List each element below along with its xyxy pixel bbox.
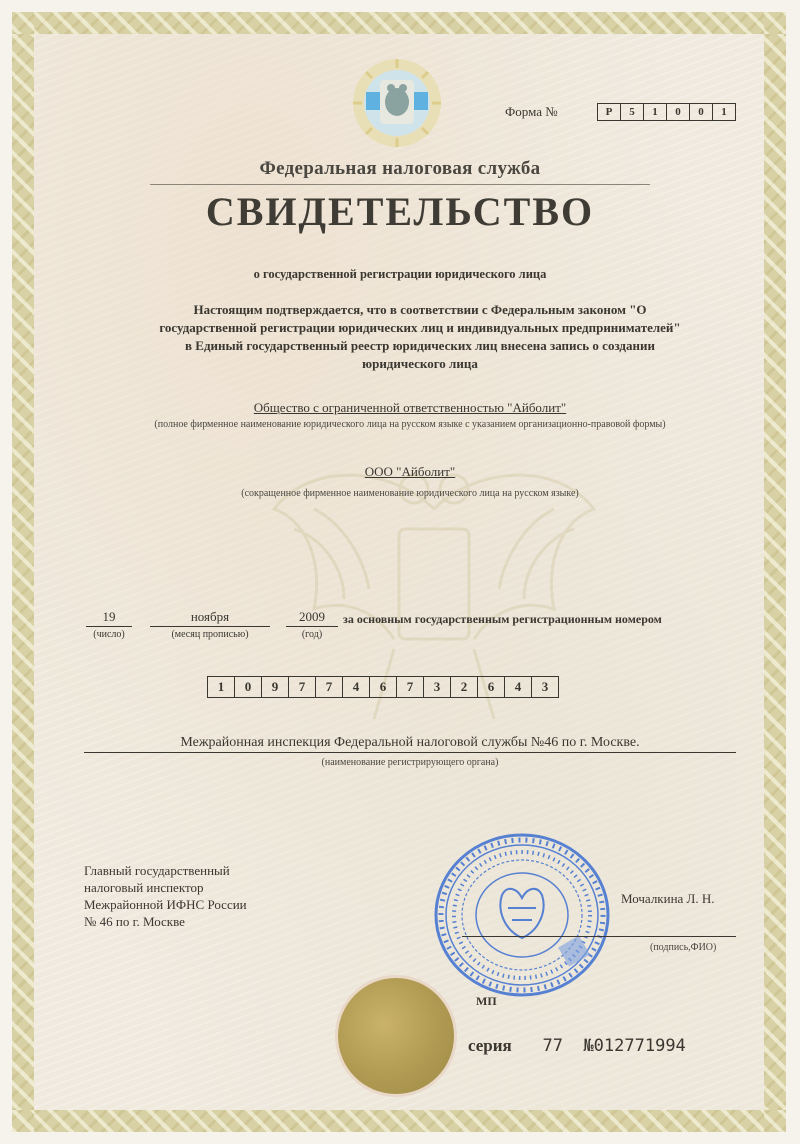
signer-name: Мочалкина Л. Н.: [621, 891, 715, 907]
certificate-series: серия 77 №012771994: [468, 1036, 686, 1056]
blue-round-stamp-icon: [432, 830, 612, 1000]
divider: [150, 184, 650, 185]
series-value: 77: [542, 1036, 562, 1056]
ogrn-boxes: 1 0 9 7 7 4 6 7 3 2 6 4 3: [207, 676, 559, 698]
company-short-name: ООО "Айболит": [80, 464, 740, 480]
form-number-boxes: Р 5 1 0 0 1: [597, 103, 736, 121]
document-title: СВИДЕТЕЛЬСТВО: [100, 188, 700, 235]
certification-text: Настоящим подтверждается, что в соответс…: [100, 301, 740, 373]
company-full-name: Общество с ограниченной ответственностью…: [80, 400, 740, 416]
registration-number-label: за основным государственным регистрацион…: [343, 612, 662, 627]
document-subtitle: о государственной регистрации юридическо…: [100, 267, 700, 282]
fns-emblem-icon: [352, 58, 442, 148]
signature-caption: (подпись,ФИО): [650, 941, 716, 955]
gold-hologram-seal-icon: [338, 978, 454, 1094]
signature-line: [462, 936, 736, 937]
inspector-title: Главный государственный налоговый инспек…: [84, 862, 247, 930]
company-full-name-caption: (полное фирменное наименование юридическ…: [80, 418, 740, 432]
series-label: серия: [468, 1036, 512, 1055]
company-short-name-caption: (сокращенное фирменное наименование юрид…: [80, 487, 740, 501]
stamp-place-label: МП: [476, 994, 497, 1009]
certificate-number: №012771994: [583, 1036, 685, 1056]
registration-year: 2009 (год): [286, 609, 338, 640]
registering-authority: Межрайонная инспекция Федеральной налого…: [84, 735, 736, 753]
agency-name: Федеральная налоговая служба: [150, 158, 650, 180]
registering-authority-caption: (наименование регистрирующего органа): [84, 756, 736, 770]
form-number-label: Форма №: [505, 104, 558, 120]
registration-month: ноября (месяц прописью): [150, 609, 270, 640]
registration-day: 19 (число): [86, 609, 132, 640]
